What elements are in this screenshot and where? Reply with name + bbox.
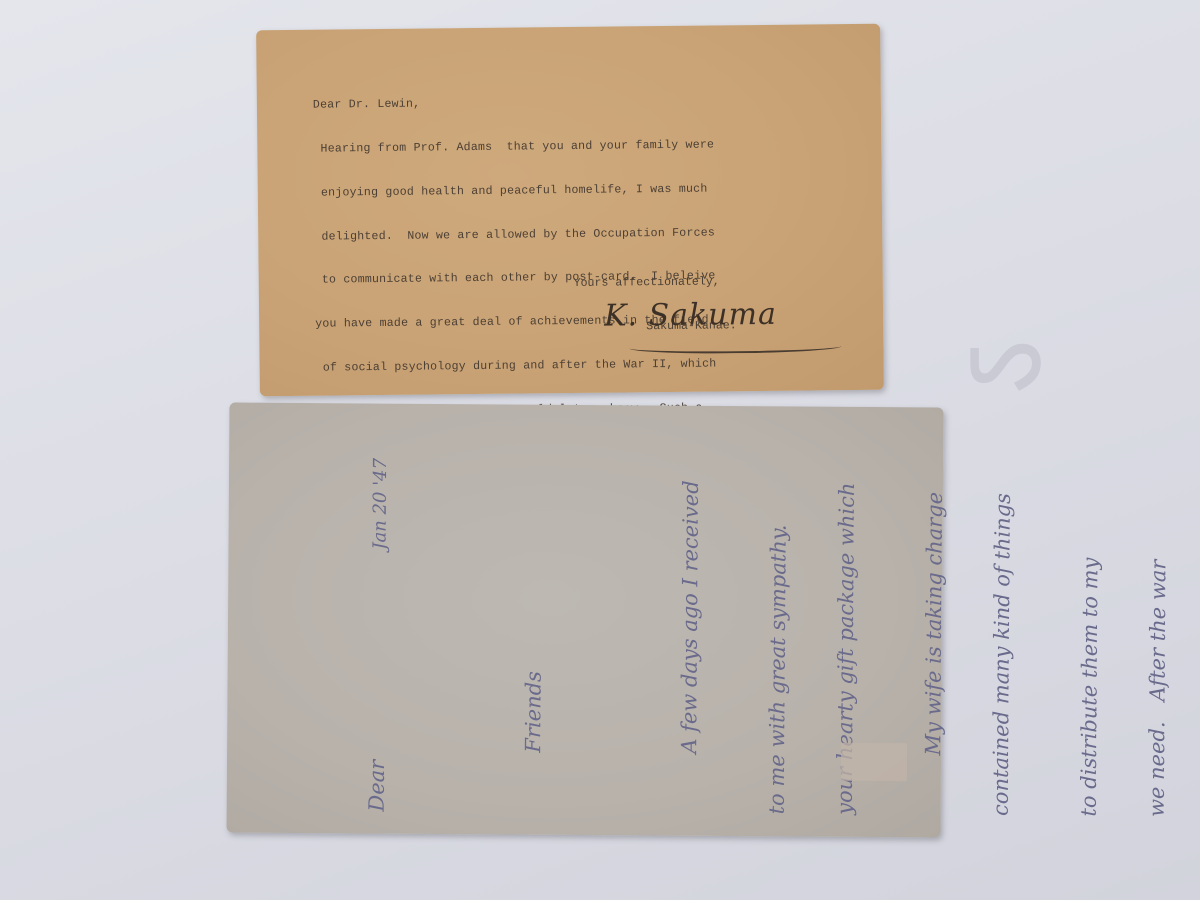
salutation-friends: Friends [507, 404, 562, 812]
handwritten-postcard: DearJan 20 '47 Friends A few days ago I … [227, 403, 944, 838]
salutation-word: Dear [365, 760, 389, 812]
letter-line: Hearing from Prof. Adams that you and yo… [313, 137, 833, 157]
letter-line: to distribute them to my [1063, 408, 1118, 816]
salutation-dear: DearJan 20 '47 [351, 403, 406, 811]
letter-line: to me with great sympathy. [751, 406, 806, 814]
typed-postcard: Dear Dr. Lewin, Hearing from Prof. Adams… [256, 24, 884, 397]
handwritten-letter-body-continued: to me with great sympathy. My wife is ta… [647, 405, 1200, 820]
letter-line: delighted. Now we are allowed by the Occ… [314, 225, 834, 245]
faded-stamp-mark [841, 743, 907, 781]
salutation: Dear Dr. Lewin, [313, 93, 833, 113]
handwritten-signature: K. Sakuma [604, 297, 777, 334]
letter-line: My wife is taking charge [907, 407, 962, 815]
background-faded-mark: ऽ [945, 275, 1145, 395]
closing-phrase: Yours affectionately, [574, 275, 720, 290]
letter-date: Jan 20 '47 [368, 458, 391, 760]
letter-line: enjoying good health and peaceful homeli… [314, 181, 834, 201]
